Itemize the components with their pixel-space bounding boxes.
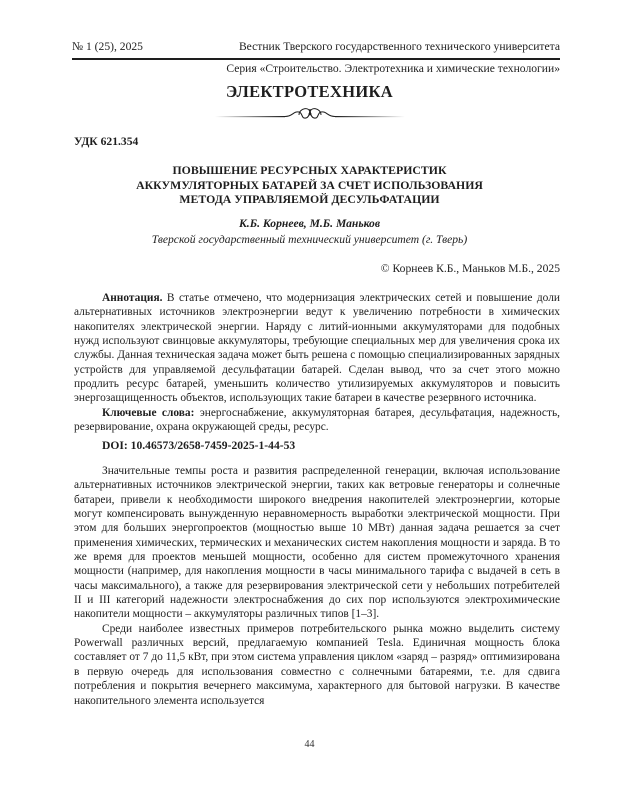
journal-name: Вестник Тверского государственного техни… bbox=[239, 40, 560, 54]
running-header: № 1 (25), 2025 Вестник Тверского государ… bbox=[72, 40, 560, 54]
body-paragraph: Среди наиболее известных примеров потреб… bbox=[74, 622, 560, 708]
page-number: 44 bbox=[0, 739, 619, 750]
copyright: © Корнеев К.Б., Маньков М.Б., 2025 bbox=[381, 262, 560, 275]
doi: DOI: 10.46573/2658-7459-2025-1-44-53 bbox=[102, 439, 295, 452]
abstract: Аннотация. В статье отмечено, что модерн… bbox=[74, 291, 560, 406]
udk-code: УДК 621.354 bbox=[74, 135, 138, 148]
title-line: МЕТОДА УПРАВЛЯЕМОЙ ДЕСУЛЬФАТАЦИИ bbox=[0, 192, 619, 207]
header-rule bbox=[72, 58, 560, 60]
journal-page: № 1 (25), 2025 Вестник Тверского государ… bbox=[0, 0, 619, 800]
article-title: ПОВЫШЕНИЕ РЕСУРСНЫХ ХАРАКТЕРИСТИК АККУМУ… bbox=[0, 163, 619, 207]
abstract-block: Аннотация. В статье отмечено, что модерн… bbox=[74, 291, 560, 434]
article-body: Значительные темпы роста и развития расп… bbox=[74, 464, 560, 708]
body-paragraph: Значительные темпы роста и развития расп… bbox=[74, 464, 560, 622]
journal-series: Серия «Строительство. Электротехника и х… bbox=[226, 62, 560, 76]
keywords-label: Ключевые слова: bbox=[102, 407, 194, 419]
decorative-divider-icon bbox=[215, 105, 405, 123]
keywords: Ключевые слова: энергоснабжение, аккумул… bbox=[74, 406, 560, 435]
abstract-text: В статье отмечено, что модернизация элек… bbox=[74, 292, 560, 404]
authors: К.Б. Корнеев, М.Б. Маньков bbox=[0, 217, 619, 230]
abstract-label: Аннотация. bbox=[102, 292, 162, 304]
title-line: ПОВЫШЕНИЕ РЕСУРСНЫХ ХАРАКТЕРИСТИК bbox=[0, 163, 619, 178]
section-heading: ЭЛЕКТРОТЕХНИКА bbox=[0, 82, 619, 102]
affiliation: Тверской государственный технический уни… bbox=[0, 233, 619, 246]
title-line: АККУМУЛЯТОРНЫХ БАТАРЕЙ ЗА СЧЕТ ИСПОЛЬЗОВ… bbox=[0, 178, 619, 193]
issue-number: № 1 (25), 2025 bbox=[72, 40, 143, 54]
